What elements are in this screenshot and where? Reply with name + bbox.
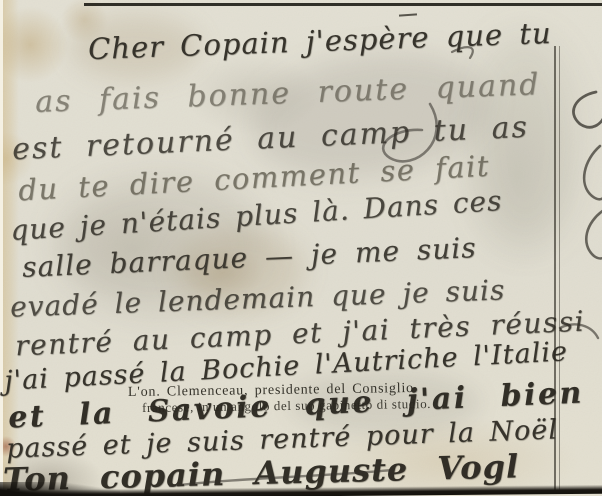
paper-left-edge — [0, 0, 3, 496]
paper-corner-shadow — [0, 482, 120, 496]
handwriting-line: Cher Copain j'espère que tu — [88, 16, 553, 66]
postcard-scan: L'on. Clemenceau, presidente del Consigl… — [0, 0, 602, 496]
postcard-top-rule — [84, 3, 602, 6]
stray-ink-dash — [399, 13, 417, 16]
